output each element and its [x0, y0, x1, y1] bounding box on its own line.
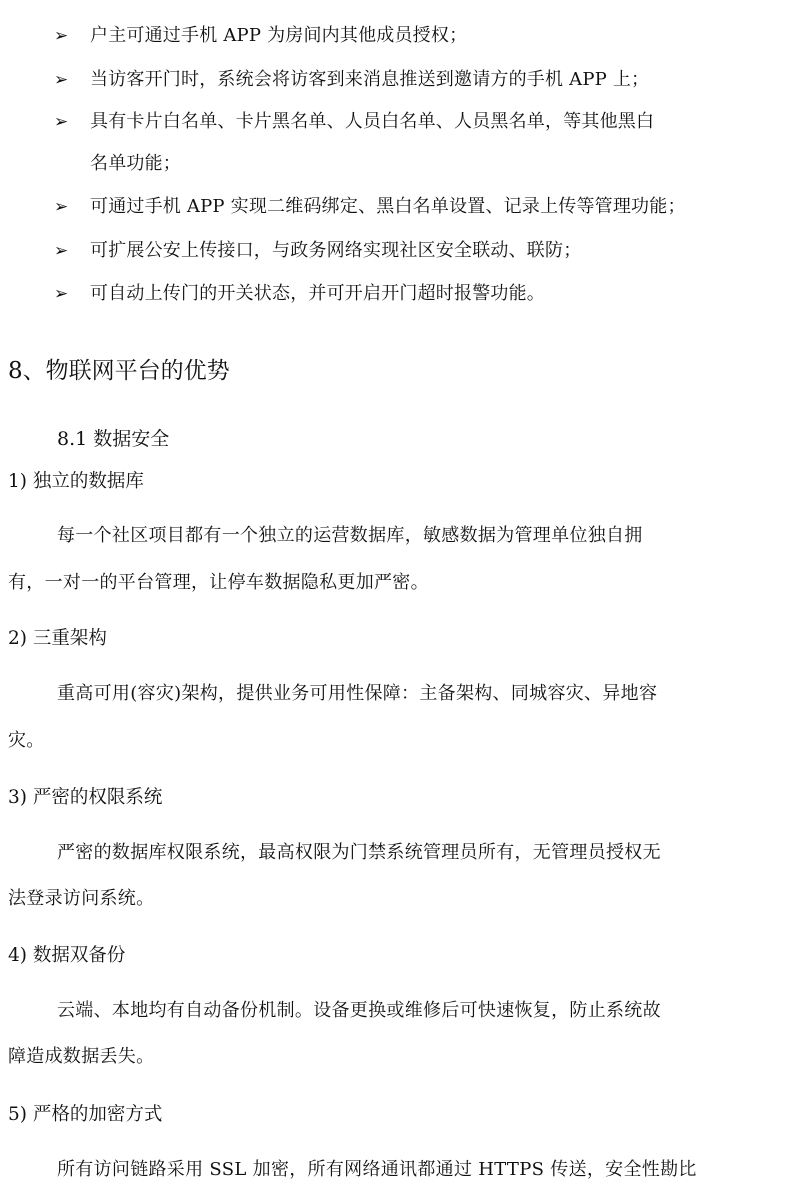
paragraph-line: 云端、本地均有自动备份机制。设备更换或维修后可快速恢复，防止系统故 [57, 996, 661, 1022]
bullet-text: 名单功能； [90, 144, 181, 184]
arrow-bullet-icon: ➢ [54, 60, 68, 100]
paragraph-line: 所有访问链路采用 SSL 加密，所有网络通讯都通过 HTTPS 传送，安全性勘比 [57, 1155, 697, 1181]
paragraph-line: 法登录访问系统。 [8, 884, 154, 910]
section-heading: 8、物联网平台的优势 [8, 352, 230, 385]
paragraph-line: 灾。 [8, 726, 45, 752]
arrow-bullet-icon: ➢ [54, 274, 68, 314]
arrow-bullet-icon: ➢ [54, 187, 68, 227]
item-title: 5) 严格的加密方式 [8, 1100, 162, 1126]
item-title: 1) 独立的数据库 [8, 467, 144, 493]
paragraph-line: 每一个社区项目都有一个独立的运营数据库，敏感数据为管理单位独自拥 [57, 521, 643, 547]
bullet-text: 户主可通过手机 APP 为房间内其他成员授权； [90, 16, 467, 56]
arrow-bullet-icon: ➢ [54, 16, 68, 56]
subsection-heading: 8.1 数据安全 [57, 424, 169, 451]
paragraph-line: 重高可用(容灾)架构，提供业务可用性保障：主备架构、同城容灾、异地容 [57, 679, 657, 705]
bullet-text: 当访客开门时，系统会将访客到来消息推送到邀请方的手机 APP 上； [90, 60, 649, 100]
item-title: 4) 数据双备份 [8, 941, 125, 967]
bullet-text: 具有卡片白名单、卡片黑名单、人员白名单、人员黑名单，等其他黑白 [90, 102, 654, 142]
item-title: 3) 严密的权限系统 [8, 783, 162, 809]
arrow-bullet-icon: ➢ [54, 102, 68, 142]
item-title: 2) 三重架构 [8, 624, 107, 650]
arrow-bullet-icon: ➢ [54, 231, 68, 271]
bullet-text: 可扩展公安上传接口，与政务网络实现社区安全联动、联防； [90, 231, 581, 271]
bullet-text: 可通过手机 APP 实现二维码绑定、黑白名单设置、记录上传等管理功能； [90, 187, 686, 227]
paragraph-line: 严密的数据库权限系统，最高权限为门禁系统管理员所有，无管理员授权无 [57, 838, 661, 864]
paragraph-line: 有，一对一的平台管理，让停车数据隐私更加严密。 [8, 568, 429, 594]
paragraph-line: 障造成数据丢失。 [8, 1042, 154, 1068]
bullet-text: 可自动上传门的开关状态，并可开启开门超时报警功能。 [90, 274, 545, 314]
